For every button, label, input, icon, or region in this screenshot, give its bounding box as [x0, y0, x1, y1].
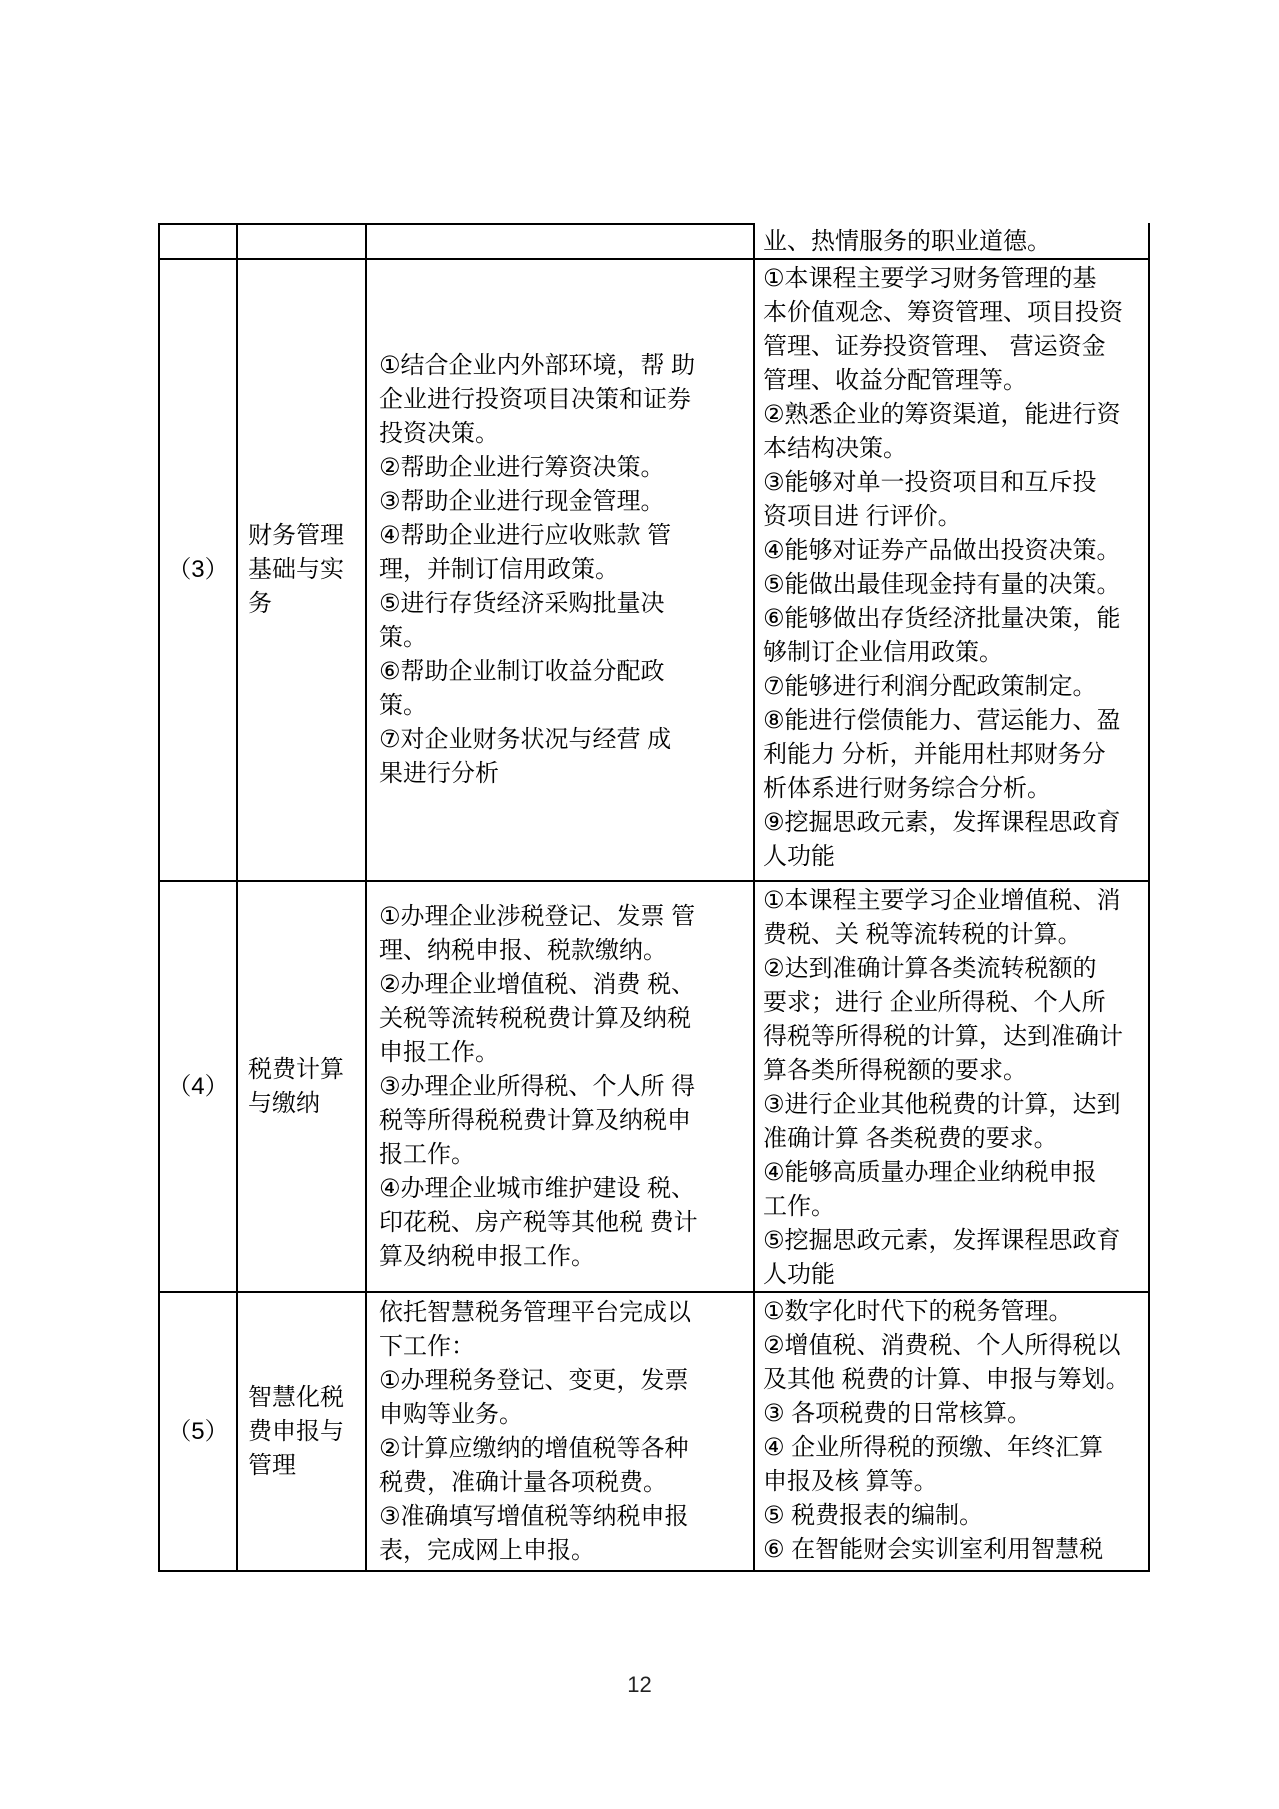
table-cell-id-5: （5） — [158, 1293, 238, 1572]
table-cell-tasks-continuation — [367, 223, 755, 260]
table-cell-tasks-4: ①办理企业涉税登记、发票 管 理、纳税申报、税款缴纳。 ②办理企业增值税、消费 … — [367, 882, 755, 1293]
table-cell-course-4: 税费计算与缴纳 — [238, 882, 367, 1293]
table-cell-tasks-3: ①结合企业内外部环境，帮 助 企业进行投资项目决策和证券 投资决策。 ②帮助企业… — [367, 260, 755, 882]
table-cell-id-3: （3） — [158, 260, 238, 882]
table-cell-course-5: 智慧化税费申报与管理 — [238, 1293, 367, 1572]
table-cell-id-4: （4） — [158, 882, 238, 1293]
table-cell-id-continuation — [158, 223, 238, 260]
table-cell-tasks-5: 依托智慧税务管理平台完成以 下工作： ①办理税务登记、变更，发票 申购等业务。 … — [367, 1293, 755, 1572]
table-cell-course-continuation — [238, 223, 367, 260]
table-cell-description-3: ①本课程主要学习财务管理的基 本价值观念、筹资管理、项目投资 管理、证券投资管理… — [755, 260, 1150, 882]
table-cell-description-4: ①本课程主要学习企业增值税、消 费税、关 税等流转税的计算。 ②达到准确计算各类… — [755, 882, 1150, 1293]
page-number: 12 — [0, 1672, 1279, 1698]
course-description-table: 业、热情服务的职业道德。 （3） 财务管理基础与实务 ①结合企业内外部环境，帮 … — [158, 223, 1150, 1572]
table-cell-description-5: ①数字化时代下的税务管理。 ②增值税、消费税、个人所得税以 及其他 税费的计算、… — [755, 1293, 1150, 1572]
table-cell-course-3: 财务管理基础与实务 — [238, 260, 367, 882]
table-cell-description-continuation: 业、热情服务的职业道德。 — [755, 223, 1150, 260]
